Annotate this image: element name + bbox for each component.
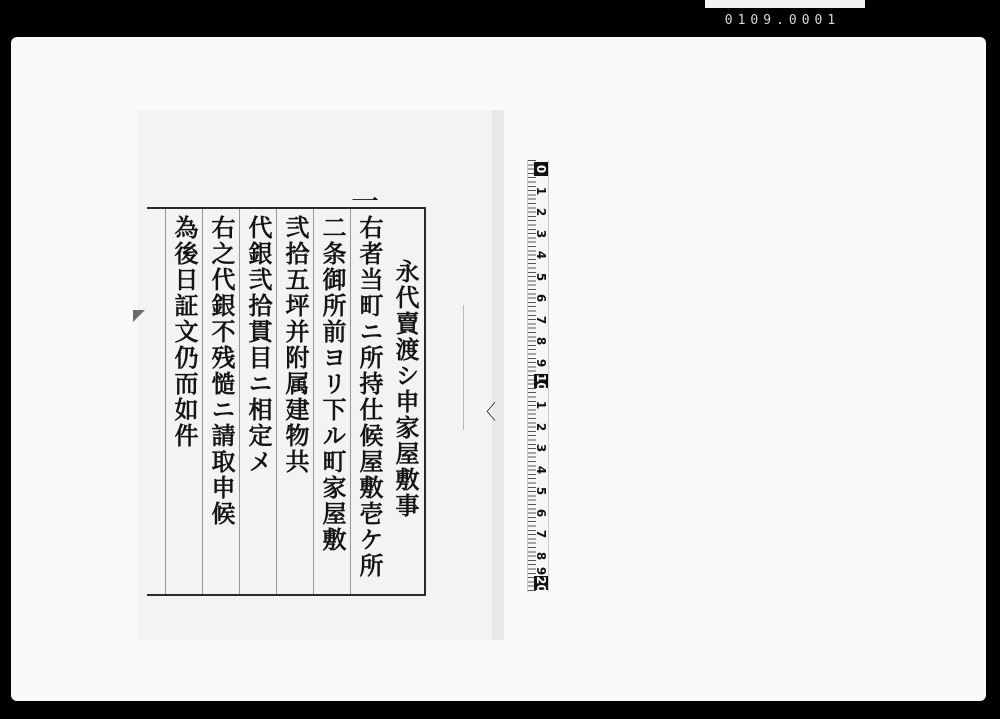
text-column: 代銀弐拾貫目ニ相定メ [239, 209, 277, 594]
text-column: 二条御所前ヨリ下ル町家屋敷 [313, 209, 351, 594]
ruled-text-grid: 永代賣渡シ申家屋敷事 右者当町ニ所持仕候屋敷壱ケ所 二条御所前ヨリ下ル町家屋敷 … [147, 207, 426, 596]
ruler-label: 6 [534, 506, 548, 520]
ruler-label: 1 [534, 398, 548, 412]
ruler-label: 0 [534, 162, 548, 176]
margin-tab-mark [133, 310, 145, 322]
text-column: 為後日証文仍而如件 [165, 209, 203, 594]
ruler-label: 5 [534, 270, 548, 284]
ruler-label: 10 [534, 374, 548, 388]
fold-line [463, 305, 464, 430]
page-shadow [492, 110, 504, 640]
ruler-label: 8 [534, 334, 548, 348]
ruler-label: 2 [534, 420, 548, 434]
ruler-label: 3 [534, 227, 548, 241]
ruler-label: 4 [534, 463, 548, 477]
column-text: 右之代銀不残慥ニ請取申候 [207, 215, 235, 527]
text-column: 右者当町ニ所持仕候屋敷壱ケ所 [350, 209, 388, 594]
ruler-label: 8 [534, 549, 548, 563]
ruler-label: 5 [534, 484, 548, 498]
text-column: 永代賣渡シ申家屋敷事 [387, 209, 424, 594]
document-page: 一 永代賣渡シ申家屋敷事 右者当町ニ所持仕候屋敷壱ケ所 二条御所前ヨリ下ル町家屋… [137, 110, 504, 640]
measuring-ruler: 0 1 2 3 4 5 6 7 8 9 10 1 2 3 4 5 6 7 8 9… [527, 160, 549, 592]
frame-number: 0109.0001 [705, 9, 860, 31]
ruler-label: 4 [534, 248, 548, 262]
ruler-label: 7 [534, 313, 548, 327]
text-column: 弐拾五坪并附属建物共 [276, 209, 314, 594]
stray-mark: 〈 [476, 396, 496, 425]
text-column: 右之代銀不残慥ニ請取申候 [202, 209, 240, 594]
ruler-label: 6 [534, 291, 548, 305]
column-text: 永代賣渡シ申家屋敷事 [391, 259, 419, 519]
ruler-label: 1 [534, 184, 548, 198]
ruler-label: 2 [534, 205, 548, 219]
column-text: 代銀弐拾貫目ニ相定メ [244, 215, 272, 475]
column-text: 弐拾五坪并附属建物共 [281, 215, 309, 475]
column-text: 二条御所前ヨリ下ル町家屋敷 [318, 215, 346, 553]
ruler-label: 9 [534, 356, 548, 370]
column-text: 為後日証文仍而如件 [170, 215, 198, 449]
ruler-label: 3 [534, 441, 548, 455]
film-edge-strip [705, 0, 865, 8]
column-text: 右者当町ニ所持仕候屋敷壱ケ所 [355, 215, 383, 579]
ruler-label: 20 [534, 576, 548, 590]
ruler-label: 7 [534, 527, 548, 541]
